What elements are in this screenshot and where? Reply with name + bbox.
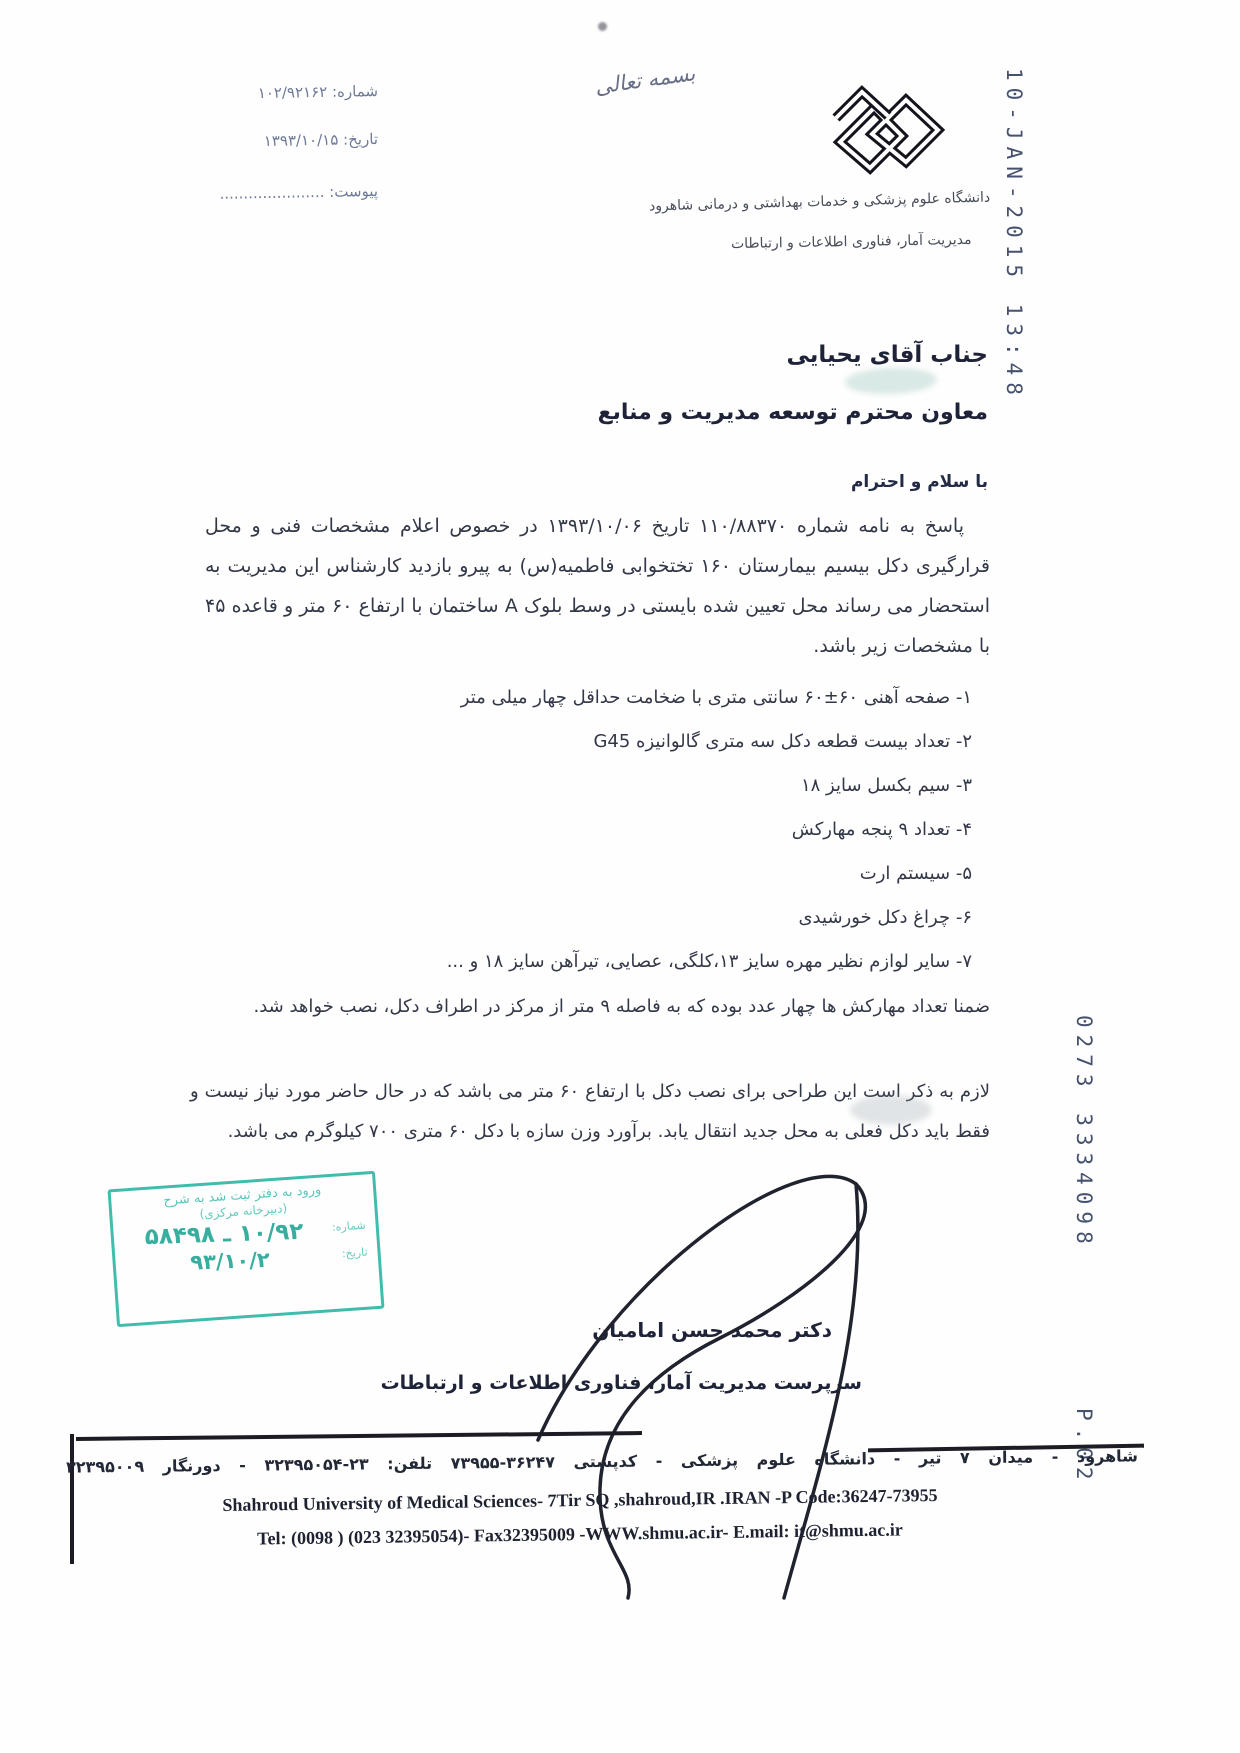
list-item: ۵- سیستم ارت (447, 852, 972, 896)
scan-smudge (845, 366, 938, 395)
scan-smudge (850, 1095, 932, 1125)
list-item: ۶- چراغ دکل خورشیدی (447, 896, 972, 940)
note-paragraph: ضمنا تعداد مهارکش ها چهار عدد بوده که به… (200, 986, 990, 1028)
letter-attachment-field: پیوست: ...................... (148, 182, 378, 204)
salutation: با سلام و احترام (851, 472, 988, 492)
fax-id-number: 0273 3334098 (1072, 1015, 1096, 1251)
university-logo-icon (826, 84, 950, 186)
secretariat-stamp: ورود به دفتر ثبت شد به شرح (دبیرخانه مرک… (108, 1171, 385, 1327)
letter-date-label: تاریخ: (343, 130, 378, 149)
letter-attachment-value: ...................... (219, 183, 324, 203)
letter-date-value: ۱۳۹۳/۱۰/۱۵ (264, 131, 339, 150)
recipient-name: جناب آقای یحیایی (786, 342, 988, 368)
list-item: ۳- سیم بکسل سایز ۱۸ (447, 764, 972, 808)
stamp-number-label: شماره: (331, 1218, 366, 1233)
body-paragraph: پاسخ به نامه شماره ۱۱۰/۸۸۳۷۰ تاریخ ۱۳۹۳/… (205, 506, 990, 666)
letter-number-value: ۱۰۲/۹۲۱۶۲ (258, 83, 328, 102)
letter-attachment-label: پیوست: (329, 182, 378, 201)
recipient-title: معاون محترم توسعه مدیریت و منابع (598, 400, 988, 425)
bismillah-calligraphy: بسمه تعالی (544, 54, 745, 106)
scan-speck (598, 22, 607, 31)
department-name: مدیریت آمار، فناوری اطلاعات و ارتباطات (731, 232, 972, 252)
stamp-date-label: تاریخ: (341, 1245, 367, 1260)
university-name: دانشگاه علوم پزشکی و خدمات بهداشتی و درم… (649, 190, 991, 215)
scanned-fax-letter: 10-JAN-2015 13:48 0273 3334098 P.02 شمار… (0, 0, 1240, 1753)
list-item: ۱- صفحه آهنی ۶۰±۶۰ سانتی متری با ضخامت ح… (447, 676, 972, 720)
letter-number-label: شماره: (332, 82, 378, 101)
letter-number-field: شماره: ۱۰۲/۹۲۱۶۲ (148, 82, 378, 104)
list-item: ۷- سایر لوازم نظیر مهره سایز ۱۳،کلگی، عص… (447, 940, 972, 984)
list-item: ۲- تعداد بیست قطعه دکل سه متری گالوانیزه… (447, 720, 972, 764)
footer-rule-vertical (70, 1434, 74, 1564)
specification-list: ۱- صفحه آهنی ۶۰±۶۰ سانتی متری با ضخامت ح… (447, 676, 972, 984)
letter-date-field: تاریخ: ۱۳۹۳/۱۰/۱۵ (148, 130, 378, 152)
list-item: ۴- تعداد ۹ پنجه مهارکش (447, 808, 972, 852)
fax-timestamp: 10-JAN-2015 13:48 (1002, 68, 1026, 402)
